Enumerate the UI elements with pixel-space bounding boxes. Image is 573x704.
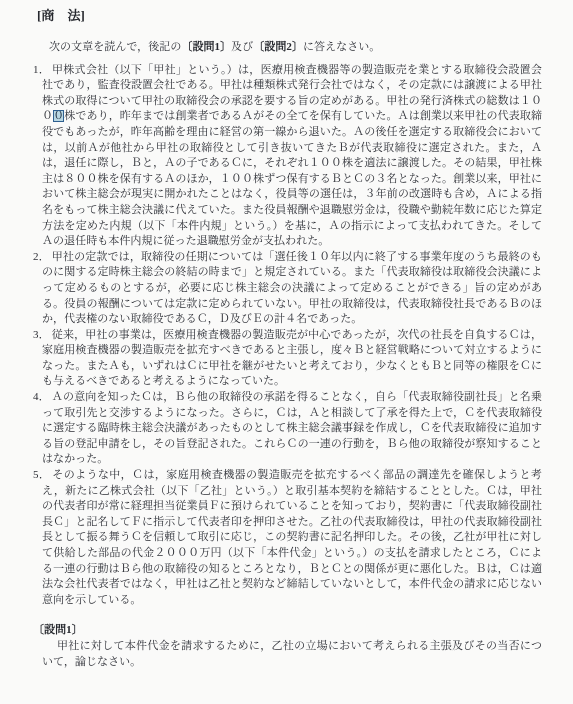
question1-reference: 〔設問1〕 [181, 41, 231, 53]
item-text: Ａの意向を知ったＣは，Ｂら他の取締役の承諾を得ることなく，自ら「代表取締役副社長… [42, 391, 542, 465]
intro-text: 次の文章を読んで，後記の〔設問1〕及び〔設問2〕に答えなさい。 [42, 40, 542, 56]
item-number: 1． [33, 64, 50, 76]
intro-post: に答えなさい。 [303, 41, 380, 53]
item-text: 従来，甲社の事業は，医療用検査機器の製造販売が中心であったが，次代の社長を自負す… [42, 329, 542, 388]
item-number: 3． [33, 329, 50, 341]
exam-document-page: [商 法] 次の文章を読んで，後記の〔設問1〕及び〔設問2〕に答えなさい。 1．… [0, 0, 573, 704]
case-item-4: 4．Ａの意向を知ったＣは，Ｂら他の取締役の承諾を得ることなく，自ら「代表取締役副… [42, 390, 542, 468]
question1-text: 甲社に対して本件代金を請求するために，乙社の立場において考えられる主張及びその当… [42, 639, 542, 670]
case-item-3: 3．従来，甲社の事業は，医療用検査機器の製造販売が中心であったが，次代の社長を自… [42, 328, 542, 390]
case-facts-list: 1．甲株式会社（以下「甲社」という。）は，医療用検査機器等の製造販売を業とする取… [42, 63, 542, 609]
item-number: 2． [33, 251, 50, 263]
item-text: 株であり，昨年までは創業者であるＡがその全てを保有していた。Ａは創業以来甲社の代… [42, 110, 542, 247]
item-number: 4． [33, 391, 50, 403]
intro-mid: 及び [231, 41, 253, 53]
case-item-1: 1．甲株式会社（以下「甲社」という。）は，医療用検査機器等の製造販売を業とする取… [42, 63, 542, 250]
highlighted-character: ０ [53, 110, 64, 122]
document-body: [商 法] 次の文章を読んで，後記の〔設問1〕及び〔設問2〕に答えなさい。 1．… [42, 7, 542, 670]
case-item-2: 2．甲社の定款では，取締役の任期については「選任後１０年以内に終了する事業年度の… [42, 250, 542, 328]
item-text: 甲社の定款では，取締役の任期については「選任後１０年以内に終了する事業年度のうち… [42, 251, 542, 325]
question1-heading: 〔設問1〕 [33, 623, 542, 639]
question2-reference: 〔設問2〕 [253, 41, 303, 53]
item-number: 5． [33, 469, 50, 481]
case-item-5: 5．そのような中，Ｃは，家庭用検査機器の製造販売を拡充するべく部品の調達先を確保… [42, 468, 542, 608]
intro-pre: 次の文章を読んで，後記の [49, 41, 181, 53]
question1-section: 〔設問1〕 甲社に対して本件代金を請求するために，乙社の立場において考えられる主… [42, 623, 542, 670]
item-text: そのような中，Ｃは，家庭用検査機器の製造販売を拡充するべく部品の調達先を確保しよ… [42, 469, 542, 606]
page-title: [商 法] [37, 7, 542, 25]
